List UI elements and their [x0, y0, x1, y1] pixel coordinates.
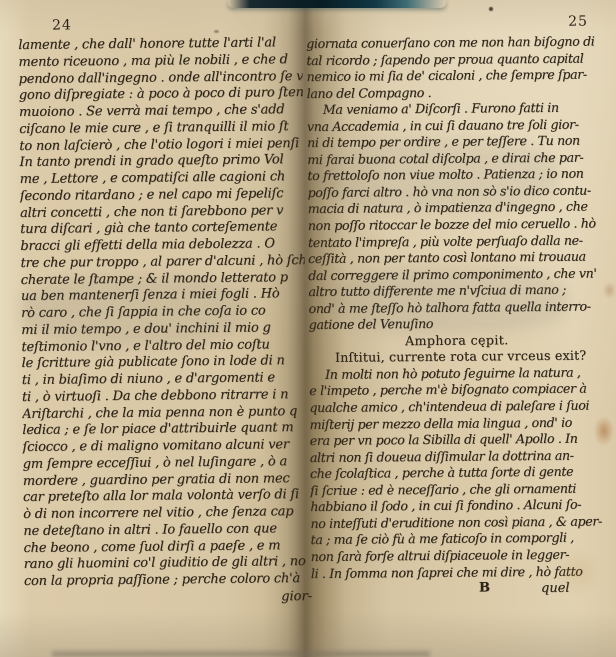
catchword-right: quel	[541, 581, 570, 596]
catchword-left: gior-	[24, 588, 312, 608]
text-line: qualche amico , ch'intendeua di paleſare…	[309, 397, 605, 416]
text-line: ond' à me ſteſſo hò talhora fatta quella…	[308, 298, 604, 317]
book-spread-scan: 24 lamente , che dall' honore tutte l'ar…	[0, 0, 616, 657]
rust-stain	[603, 282, 616, 299]
page-number-left: 24	[52, 15, 306, 38]
gathering-signature: B	[479, 580, 491, 595]
book-top-edge-shadow	[228, 0, 446, 8]
text-line: non ſarà forſe altrui diſpiaceuole in le…	[311, 546, 607, 565]
left-page-text: lamente , che dall' honore tutte l'arti …	[18, 35, 308, 591]
text-line: ceſſità , non per tanto così lontano mi …	[308, 249, 604, 268]
page-left: 24 lamente , che dall' honore tutte l'ar…	[18, 15, 312, 608]
ink-speck	[489, 7, 493, 11]
text-line: nemico io mi ſia de' cicaloni , che ſemp…	[306, 67, 602, 86]
page-number-right: 25	[306, 14, 588, 36]
right-page-text: giornata conuerſano con me non han biſog…	[306, 33, 607, 582]
text-line: giornata conuerſano con me non han biſog…	[306, 33, 602, 52]
signature-line: B quel	[311, 579, 607, 600]
text-line: con la propria paſſione ; perche coloro …	[24, 571, 308, 591]
book-bottom-edge-shadow	[52, 651, 430, 657]
page-right: 25 giornata conuerſano con me non han bi…	[306, 13, 607, 600]
text-line: non poſſo ritoccar le bozze del mio ceru…	[308, 215, 604, 234]
